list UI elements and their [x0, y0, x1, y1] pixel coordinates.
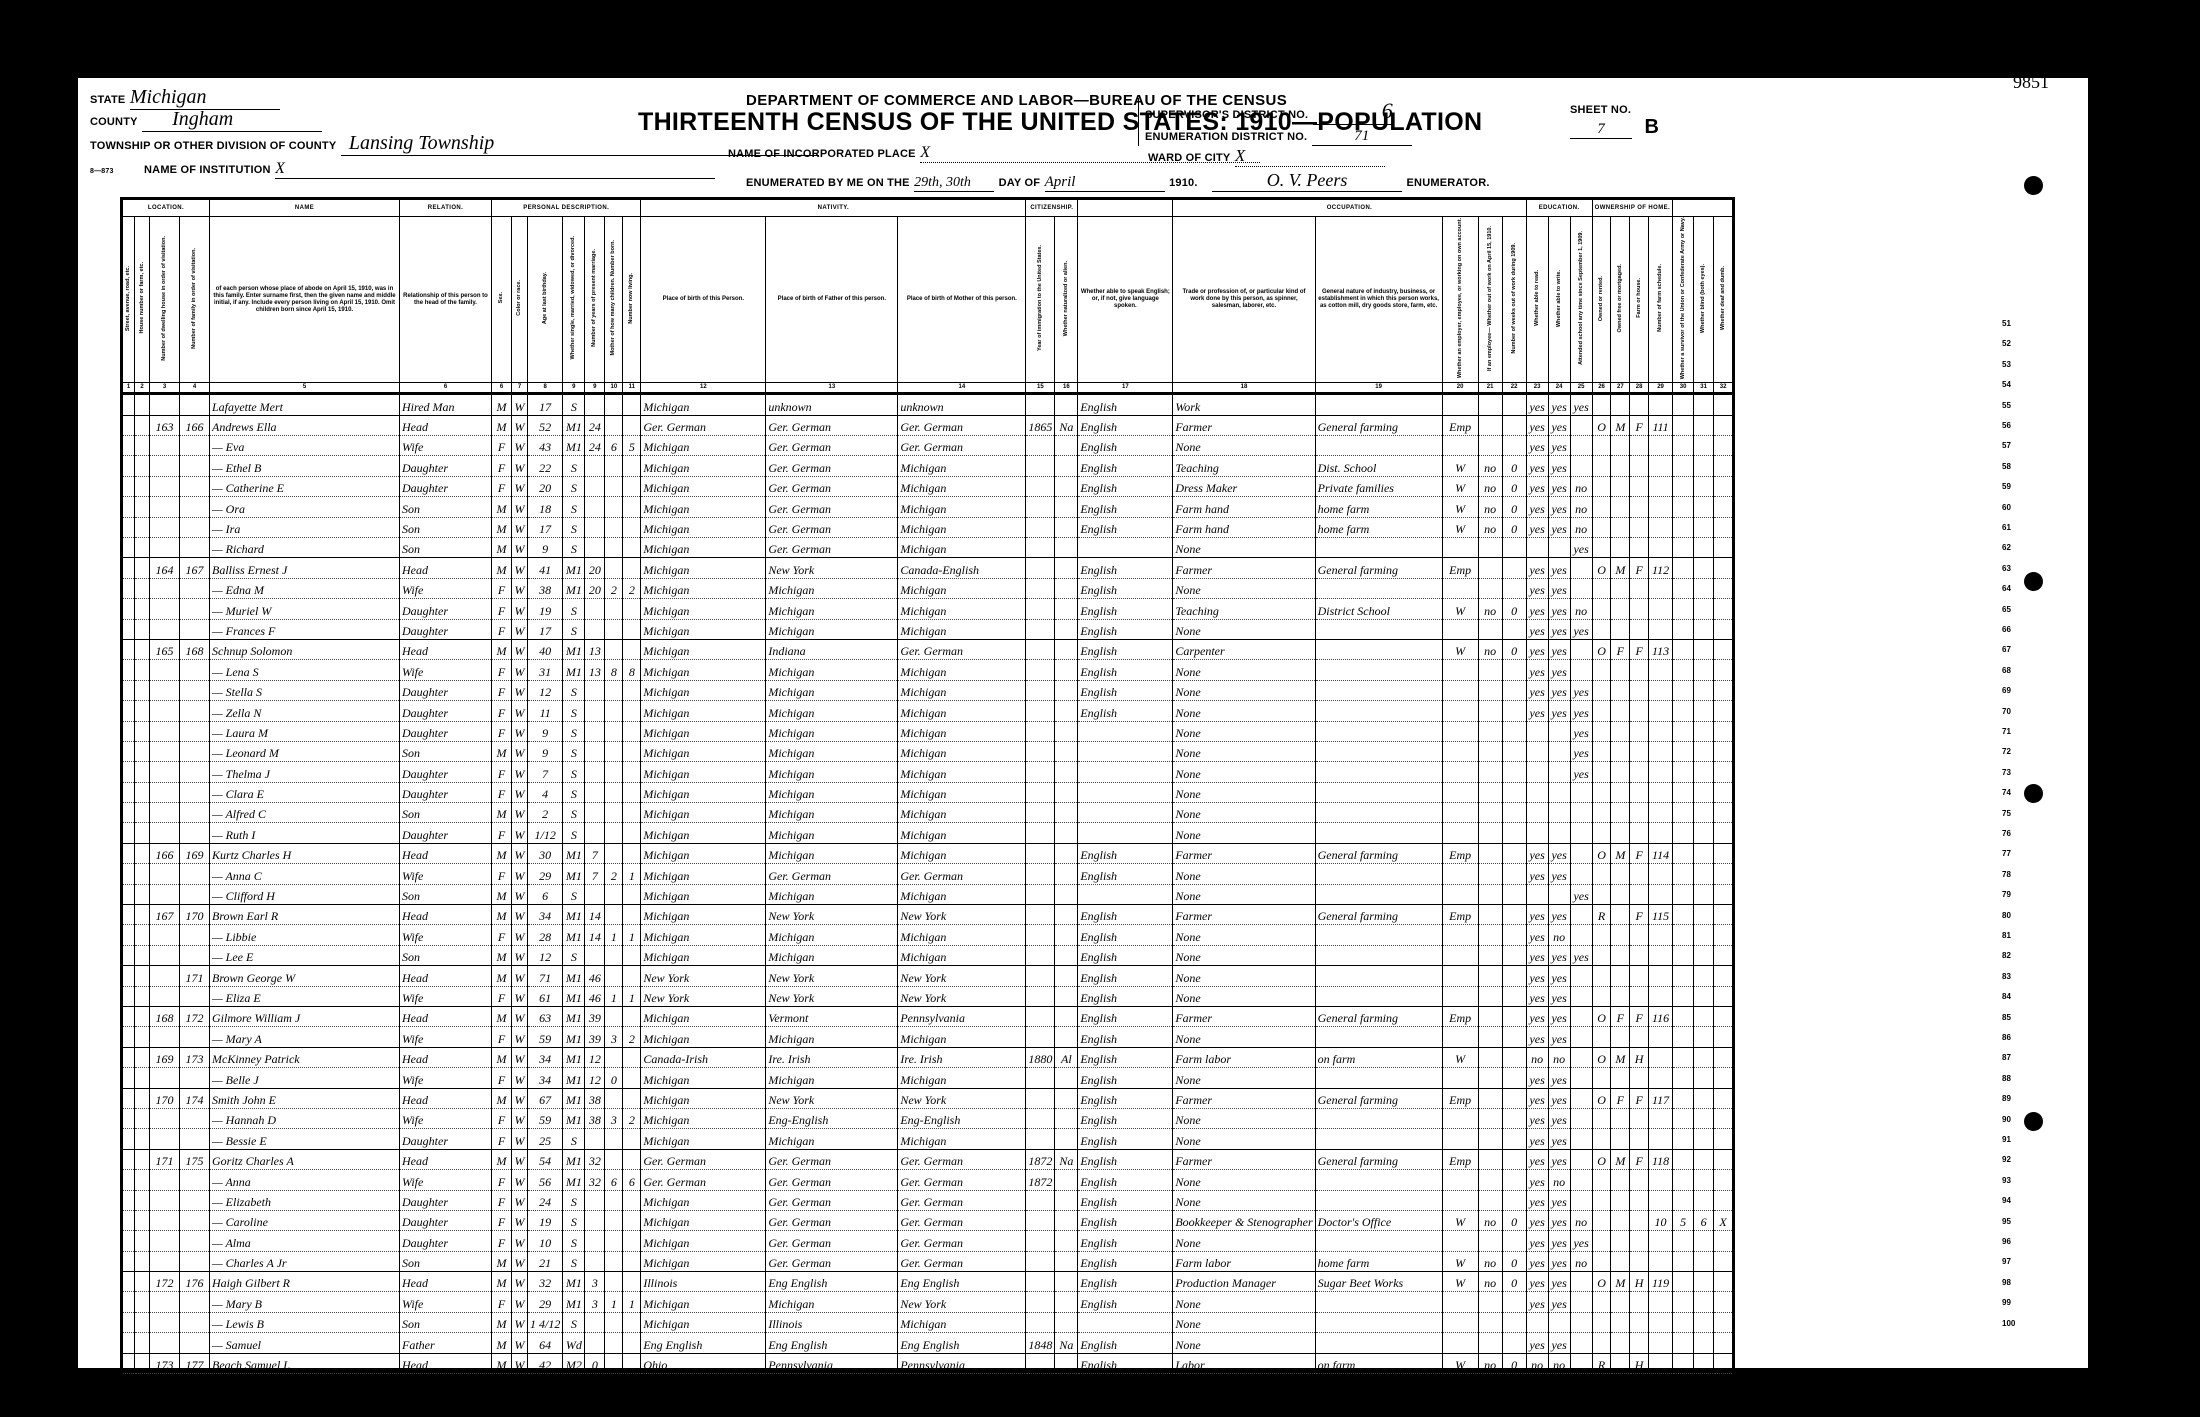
cell-marital: M1	[563, 843, 585, 863]
institution-field: 8—873 Name of institution X	[90, 160, 715, 179]
cell-farm-sched	[1649, 1333, 1673, 1353]
cell-free-mort	[1611, 578, 1630, 598]
cell-immig	[1026, 1068, 1055, 1088]
cell-natur: Al	[1055, 1047, 1078, 1067]
table-row: 171Brown George WHeadMW71M146New YorkNew…	[122, 966, 1734, 986]
cell-birth-father: Michigan	[766, 619, 898, 639]
cell-natur	[1055, 680, 1078, 700]
cell-birth-person: Michigan	[641, 578, 766, 598]
cell-emp	[1442, 762, 1478, 782]
cell-born	[605, 803, 623, 823]
cell-blank	[122, 1272, 135, 1292]
enumeration-district-value: 71	[1312, 128, 1412, 146]
cell-trade: None	[1173, 1129, 1315, 1149]
cell-school	[1570, 1394, 1592, 1415]
cell-emp: W	[1442, 599, 1478, 619]
cell-natur	[1055, 619, 1078, 639]
column-number: 9	[585, 383, 605, 394]
line-number: 54	[2002, 380, 2011, 389]
cell-born	[605, 497, 623, 517]
cell-name: Haigh Gilbert R	[210, 1272, 400, 1292]
cell-blank	[122, 741, 135, 761]
cell-living	[623, 1312, 641, 1332]
cell-blind	[1694, 1272, 1714, 1292]
cell-sex: M	[492, 538, 512, 558]
cell-emp	[1442, 803, 1478, 823]
cell-blind	[1694, 782, 1714, 802]
cell-write	[1548, 538, 1570, 558]
cell-farm-sched	[1649, 1374, 1673, 1394]
cell-yrs-married	[585, 823, 605, 843]
cell-weeks-out	[1502, 578, 1526, 598]
cell-english	[1078, 782, 1173, 802]
group-education: EDUCATION.	[1526, 199, 1592, 217]
cell-birth-mother: Ger. German	[898, 1251, 1026, 1271]
cell-birth-father: Vermont	[766, 1007, 898, 1027]
cell-name: — Eva	[210, 436, 400, 456]
cell-trade: Farm labor	[1173, 1047, 1315, 1067]
cell-farm-house: F	[1630, 639, 1649, 659]
cell-weeks-out	[1502, 803, 1526, 823]
cell-blind	[1694, 1068, 1714, 1088]
cell-industry: Sugar Beet Works	[1315, 1272, 1442, 1292]
cell-family	[180, 1292, 210, 1312]
cell-read: yes	[1526, 945, 1548, 965]
cell-name: — Clifford H	[210, 884, 400, 904]
line-number: 100	[2002, 1319, 2015, 1328]
cell-blank	[135, 1190, 150, 1210]
cell-relation: Hired Man	[400, 394, 492, 415]
line-number: 90	[2002, 1115, 2011, 1124]
cell-birth-person: Michigan	[641, 741, 766, 761]
cell-farm-sched: 115	[1649, 905, 1673, 925]
column-header: General nature of industry, business, or…	[1315, 217, 1442, 383]
table-row: — SamuelFatherMW64WdEng EnglishEng Engli…	[122, 1333, 1734, 1353]
cell-school	[1570, 803, 1592, 823]
cell-owned	[1592, 803, 1611, 823]
cell-veteran	[1673, 1068, 1694, 1088]
cell-veteran	[1673, 1047, 1694, 1067]
cell-born	[605, 456, 623, 476]
cell-blind	[1694, 701, 1714, 721]
cell-farm-house	[1630, 1374, 1649, 1394]
cell-birth-father: Eng-English	[766, 1108, 898, 1128]
cell-name: — Bessie E	[210, 1129, 400, 1149]
cell-birth-mother: Michigan	[898, 762, 1026, 782]
cell-school	[1570, 1027, 1592, 1047]
cell-industry	[1315, 925, 1442, 945]
cell-birth-person: Michigan	[641, 680, 766, 700]
cell-immig	[1026, 782, 1055, 802]
cell-family	[180, 619, 210, 639]
column-header: Whether able to speak English; or, if no…	[1078, 217, 1173, 383]
cell-yrs-married: 32	[585, 1149, 605, 1169]
cell-out-work: no	[1478, 476, 1502, 496]
cell-birth-father: Michigan	[766, 1292, 898, 1312]
cell-family	[180, 456, 210, 476]
cell-age: 61	[528, 986, 563, 1006]
column-header-label: Place of birth of Mother of this person.	[907, 296, 1017, 302]
group-misc	[1673, 199, 1734, 217]
cell-dwelling	[150, 680, 180, 700]
cell-born: 2	[605, 864, 623, 884]
cell-deaf	[1714, 1088, 1734, 1108]
cell-industry	[1315, 538, 1442, 558]
line-number: 72	[2002, 747, 2011, 756]
cell-school	[1570, 639, 1592, 659]
group-english	[1078, 199, 1173, 217]
cell-name: — Catherine E	[210, 476, 400, 496]
cell-veteran	[1673, 599, 1694, 619]
cell-english: English	[1078, 1190, 1173, 1210]
stamp-number: 9851	[2013, 72, 2049, 93]
cell-deaf	[1714, 1374, 1734, 1394]
cell-name: — Alfred C	[210, 803, 400, 823]
cell-immig	[1026, 1353, 1055, 1373]
column-header-label: Sex.	[498, 292, 505, 303]
cell-school: yes	[1570, 394, 1592, 415]
cell-school: no	[1570, 599, 1592, 619]
cell-birth-person: Illinois	[641, 1272, 766, 1292]
cell-blind	[1694, 1374, 1714, 1394]
cell-blank	[122, 1353, 135, 1373]
cell-write: yes	[1548, 660, 1570, 680]
cell-blank	[135, 1027, 150, 1047]
cell-blank	[122, 1190, 135, 1210]
census-table: LOCATION. NAME RELATION. PERSONAL DESCRI…	[120, 197, 1735, 1417]
cell-family	[180, 741, 210, 761]
cell-living	[623, 1210, 641, 1230]
cell-living	[623, 558, 641, 578]
cell-sex: M	[492, 1272, 512, 1292]
cell-living	[623, 1353, 641, 1373]
cell-industry: home farm	[1315, 1251, 1442, 1271]
cell-industry	[1315, 619, 1442, 639]
cell-living	[623, 762, 641, 782]
cell-english: English	[1078, 680, 1173, 700]
cell-birth-person: Michigan	[641, 925, 766, 945]
cell-age: 17	[528, 619, 563, 639]
cell-trade: Farm hand	[1173, 497, 1315, 517]
group-citizenship: CITIZENSHIP.	[1026, 199, 1078, 217]
cell-blind	[1694, 599, 1714, 619]
cell-trade: None	[1173, 1312, 1315, 1332]
cell-dwelling: 165	[150, 639, 180, 659]
cell-sex: F	[492, 762, 512, 782]
cell-blank	[135, 762, 150, 782]
cell-free-mort	[1611, 476, 1630, 496]
cell-industry: home farm	[1315, 497, 1442, 517]
cell-race: W	[512, 1312, 528, 1332]
cell-born	[605, 619, 623, 639]
cell-born: 1	[605, 925, 623, 945]
cell-age: 34	[528, 905, 563, 925]
cell-dwelling	[150, 945, 180, 965]
cell-blank	[135, 415, 150, 435]
line-number: 78	[2002, 870, 2011, 879]
cell-age: 34	[528, 1374, 563, 1394]
cell-trade: None	[1173, 1068, 1315, 1088]
cell-emp: Emp	[1442, 843, 1478, 863]
cell-natur: Al	[1055, 1394, 1078, 1415]
cell-marital: M1	[563, 925, 585, 945]
cell-relation: Father	[400, 1333, 492, 1353]
cell-write	[1548, 721, 1570, 741]
cell-free-mort: F	[1611, 1007, 1630, 1027]
cell-weeks-out	[1502, 1129, 1526, 1149]
cell-birth-mother: Michigan	[898, 517, 1026, 537]
cell-relation: Head	[400, 1149, 492, 1169]
cell-blank	[122, 1108, 135, 1128]
cell-race: W	[512, 639, 528, 659]
cell-relation: Daughter	[400, 619, 492, 639]
enumerator-label: Enumerator.	[1407, 177, 1490, 189]
column-header-label: Number now living.	[628, 273, 635, 324]
cell-dwelling	[150, 884, 180, 904]
column-header-label: Whether single, married, widowed, or div…	[570, 236, 577, 359]
cell-name: — Belle J	[210, 1068, 400, 1088]
cell-farm-sched	[1649, 1108, 1673, 1128]
cell-farm-sched	[1649, 966, 1673, 986]
cell-weeks-out	[1502, 1007, 1526, 1027]
cell-birth-person: Michigan	[641, 782, 766, 802]
cell-birth-mother: Ger. German	[898, 1231, 1026, 1251]
cell-immig	[1026, 1292, 1055, 1312]
cell-blank	[135, 905, 150, 925]
cell-race: W	[512, 905, 528, 925]
cell-out-work: no	[1478, 639, 1502, 659]
cell-marital: M1	[563, 905, 585, 925]
cell-birth-father: Canada English	[766, 1394, 898, 1415]
cell-blind	[1694, 1251, 1714, 1271]
cell-name: — Frances F	[210, 619, 400, 639]
cell-farm-sched: 114	[1649, 843, 1673, 863]
cell-family	[180, 1068, 210, 1088]
cell-school: yes	[1570, 721, 1592, 741]
cell-owned	[1592, 578, 1611, 598]
ward-field: Ward of city X	[1148, 146, 1385, 167]
cell-free-mort	[1611, 436, 1630, 456]
cell-born	[605, 1251, 623, 1271]
cell-read: yes	[1526, 905, 1548, 925]
cell-dwelling	[150, 966, 180, 986]
cell-relation: Wife	[400, 1027, 492, 1047]
column-header-label: If an employee— Whether out of work on A…	[1487, 226, 1494, 371]
cell-weeks-out	[1502, 721, 1526, 741]
cell-marital: M2	[563, 1374, 585, 1394]
cell-write	[1548, 803, 1570, 823]
cell-farm-house: H	[1630, 1272, 1649, 1292]
enumerated-month: April	[1045, 174, 1165, 192]
cell-blank	[122, 1027, 135, 1047]
cell-free-mort	[1611, 762, 1630, 782]
cell-birth-father: Michigan	[766, 823, 898, 843]
cell-sex: F	[492, 823, 512, 843]
cell-trade: None	[1173, 1190, 1315, 1210]
cell-read: yes	[1526, 701, 1548, 721]
cell-write: yes	[1548, 1333, 1570, 1353]
cell-living	[623, 1149, 641, 1169]
table-row: 173177Beach Samuel LHeadMW42M20OhioPenns…	[122, 1353, 1734, 1373]
county-label: County	[90, 116, 138, 128]
cell-family	[180, 517, 210, 537]
column-header: Place of birth of Father of this person.	[766, 217, 898, 383]
cell-family	[180, 1210, 210, 1230]
cell-blind	[1694, 436, 1714, 456]
cell-dwelling	[150, 436, 180, 456]
cell-yrs-married: 0	[585, 1374, 605, 1394]
cell-family: 170	[180, 905, 210, 925]
cell-farm-house	[1630, 456, 1649, 476]
cell-industry	[1315, 884, 1442, 904]
cell-birth-person: Michigan	[641, 945, 766, 965]
cell-trade: None	[1173, 1027, 1315, 1047]
cell-read: yes	[1526, 1292, 1548, 1312]
table-row: — IraSonMW17SMichiganGer. GermanMichigan…	[122, 517, 1734, 537]
cell-out-work	[1478, 864, 1502, 884]
cell-read: yes	[1526, 1149, 1548, 1169]
cell-weeks-out	[1502, 1068, 1526, 1088]
cell-marital: M1	[563, 1027, 585, 1047]
cell-living: 1	[623, 986, 641, 1006]
cell-free-mort	[1611, 701, 1630, 721]
cell-write: yes	[1548, 1374, 1570, 1394]
cell-veteran	[1673, 864, 1694, 884]
cell-family: 174	[180, 1088, 210, 1108]
cell-marital: S	[563, 721, 585, 741]
cell-veteran	[1673, 497, 1694, 517]
cell-blind	[1694, 823, 1714, 843]
cell-trade: None	[1173, 966, 1315, 986]
cell-school	[1570, 986, 1592, 1006]
cell-name: — Stella S	[210, 680, 400, 700]
cell-birth-father: Ger. German	[766, 1251, 898, 1271]
cell-farm-house: H	[1630, 1353, 1649, 1373]
cell-relation: Daughter	[400, 701, 492, 721]
column-header-label: Number of years of present marriage.	[591, 249, 598, 347]
cell-industry	[1315, 701, 1442, 721]
cell-name: — Libbie	[210, 925, 400, 945]
column-number: 14	[898, 383, 1026, 394]
cell-school: no	[1570, 1210, 1592, 1230]
cell-race: W	[512, 578, 528, 598]
cell-emp	[1442, 1333, 1478, 1353]
cell-sex: F	[492, 1170, 512, 1190]
cell-out-work	[1478, 782, 1502, 802]
cell-blank	[122, 456, 135, 476]
cell-deaf	[1714, 538, 1734, 558]
cell-race: W	[512, 884, 528, 904]
cell-blind	[1694, 1170, 1714, 1190]
column-number: 25	[1570, 383, 1592, 394]
cell-write: yes	[1548, 639, 1570, 659]
cell-race: W	[512, 823, 528, 843]
cell-weeks-out	[1502, 986, 1526, 1006]
cell-read: yes	[1526, 517, 1548, 537]
cell-deaf	[1714, 905, 1734, 925]
cell-birth-person: Michigan	[641, 1027, 766, 1047]
cell-trade: Teaching	[1173, 456, 1315, 476]
cell-school	[1570, 1292, 1592, 1312]
cell-yrs-married	[585, 721, 605, 741]
cell-read: yes	[1526, 394, 1548, 415]
cell-marital: M1	[563, 436, 585, 456]
cell-farm-sched	[1649, 660, 1673, 680]
cell-read: yes	[1526, 415, 1548, 435]
cell-marital: M1	[563, 986, 585, 1006]
cell-dwelling	[150, 1068, 180, 1088]
cell-birth-mother: Michigan	[898, 1312, 1026, 1332]
cell-blank	[122, 415, 135, 435]
cell-yrs-married	[585, 1231, 605, 1251]
cell-deaf	[1714, 1394, 1734, 1415]
cell-out-work	[1478, 1108, 1502, 1128]
cell-family	[180, 1108, 210, 1128]
cell-born	[605, 1312, 623, 1332]
cell-school	[1570, 905, 1592, 925]
cell-immig: 1872	[1026, 1149, 1055, 1169]
cell-sex: M	[492, 905, 512, 925]
cell-relation: Daughter	[400, 680, 492, 700]
cell-free-mort	[1611, 1394, 1630, 1415]
cell-relation: Head	[400, 639, 492, 659]
cell-birth-mother: Ger. German	[898, 639, 1026, 659]
cell-relation: Daughter	[400, 1129, 492, 1149]
cell-farm-house	[1630, 1108, 1649, 1128]
cell-owned	[1592, 1312, 1611, 1332]
cell-deaf	[1714, 1333, 1734, 1353]
cell-weeks-out: 0	[1502, 517, 1526, 537]
column-number: 9	[563, 383, 585, 394]
column-header-label: Farm or house.	[1636, 278, 1643, 318]
cell-birth-person: Michigan	[641, 884, 766, 904]
column-header-label: Street, avenue, road, etc.	[125, 266, 132, 331]
cell-free-mort	[1611, 803, 1630, 823]
cell-emp: Emp	[1442, 1088, 1478, 1108]
cell-yrs-married	[585, 599, 605, 619]
sheet-side: B	[1644, 116, 1658, 138]
cell-birth-father: Pennsylvania	[766, 1353, 898, 1373]
cell-dwelling	[150, 456, 180, 476]
cell-farm-house: F	[1630, 558, 1649, 578]
cell-read: yes	[1526, 639, 1548, 659]
cell-immig	[1026, 701, 1055, 721]
cell-race: W	[512, 456, 528, 476]
cell-farm-house	[1630, 925, 1649, 945]
cell-birth-person: Michigan	[641, 803, 766, 823]
cell-sex: M	[492, 558, 512, 578]
cell-natur	[1055, 1068, 1078, 1088]
column-number: 16	[1055, 383, 1078, 394]
column-number: 18	[1173, 383, 1315, 394]
cell-school	[1570, 864, 1592, 884]
cell-free-mort	[1611, 456, 1630, 476]
cell-dwelling	[150, 803, 180, 823]
cell-write	[1548, 884, 1570, 904]
line-number: 68	[2002, 666, 2011, 675]
cell-farm-house	[1630, 762, 1649, 782]
cell-english: English	[1078, 1027, 1173, 1047]
cell-trade: None	[1173, 1231, 1315, 1251]
cell-industry	[1315, 823, 1442, 843]
cell-marital: M1	[563, 1149, 585, 1169]
cell-farm-house	[1630, 497, 1649, 517]
cell-owned: O	[1592, 1007, 1611, 1027]
cell-relation: Wife	[400, 436, 492, 456]
cell-living	[623, 843, 641, 863]
cell-deaf	[1714, 1047, 1734, 1067]
cell-english: English	[1078, 905, 1173, 925]
